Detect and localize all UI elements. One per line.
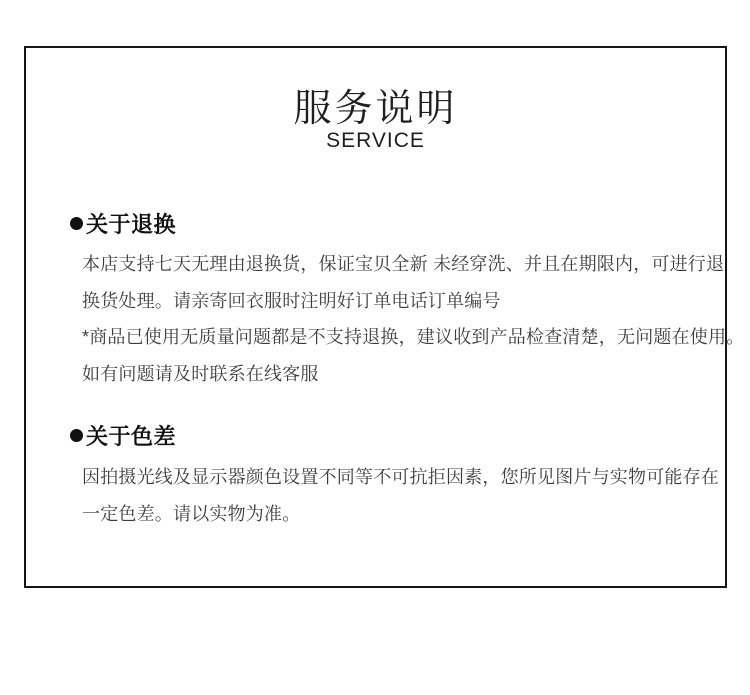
page-subtitle: SERVICE — [26, 130, 725, 152]
section-heading-label: 关于色差 — [86, 420, 176, 451]
bullet-icon — [70, 217, 83, 230]
page-title: 服务说明 — [26, 88, 725, 130]
body-line: *商品已使用无质量问题都是不支持退换，建议收到产品检查清楚，无问题在使用。 — [82, 319, 709, 356]
section-returns: 关于退换 本店支持七天无理由退换货，保证宝贝全新 未经穿洗、并且在期限内，可进行… — [26, 208, 725, 393]
service-notice-box: 服务说明 SERVICE 关于退换 本店支持七天无理由退换货，保证宝贝全新 未经… — [24, 46, 727, 588]
bullet-icon — [70, 429, 83, 442]
body-line: 因拍摄光线及显示器颜色设置不同等不可抗拒因素，您所见图片与实物可能存在 — [82, 459, 709, 496]
body-line: 换货处理。请亲寄回衣服时注明好订单电话订单编号 — [82, 283, 709, 320]
body-line: 一定色差。请以实物为准。 — [82, 496, 709, 533]
section-heading-label: 关于退换 — [86, 208, 176, 239]
title-block: 服务说明 SERVICE — [26, 88, 725, 152]
body-line: 如有问题请及时联系在线客服 — [82, 356, 709, 393]
section-color-difference-heading: 关于色差 — [70, 421, 725, 451]
body-line: 本店支持七天无理由退换货，保证宝贝全新 未经穿洗、并且在期限内，可进行退 — [82, 246, 709, 283]
section-color-difference-body: 因拍摄光线及显示器颜色设置不同等不可抗拒因素，您所见图片与实物可能存在 一定色差… — [82, 459, 709, 532]
section-returns-body: 本店支持七天无理由退换货，保证宝贝全新 未经穿洗、并且在期限内，可进行退 换货处… — [82, 246, 709, 393]
section-returns-heading: 关于退换 — [70, 208, 725, 238]
section-color-difference: 关于色差 因拍摄光线及显示器颜色设置不同等不可抗拒因素，您所见图片与实物可能存在… — [26, 421, 725, 532]
sections: 关于退换 本店支持七天无理由退换货，保证宝贝全新 未经穿洗、并且在期限内，可进行… — [26, 208, 725, 532]
